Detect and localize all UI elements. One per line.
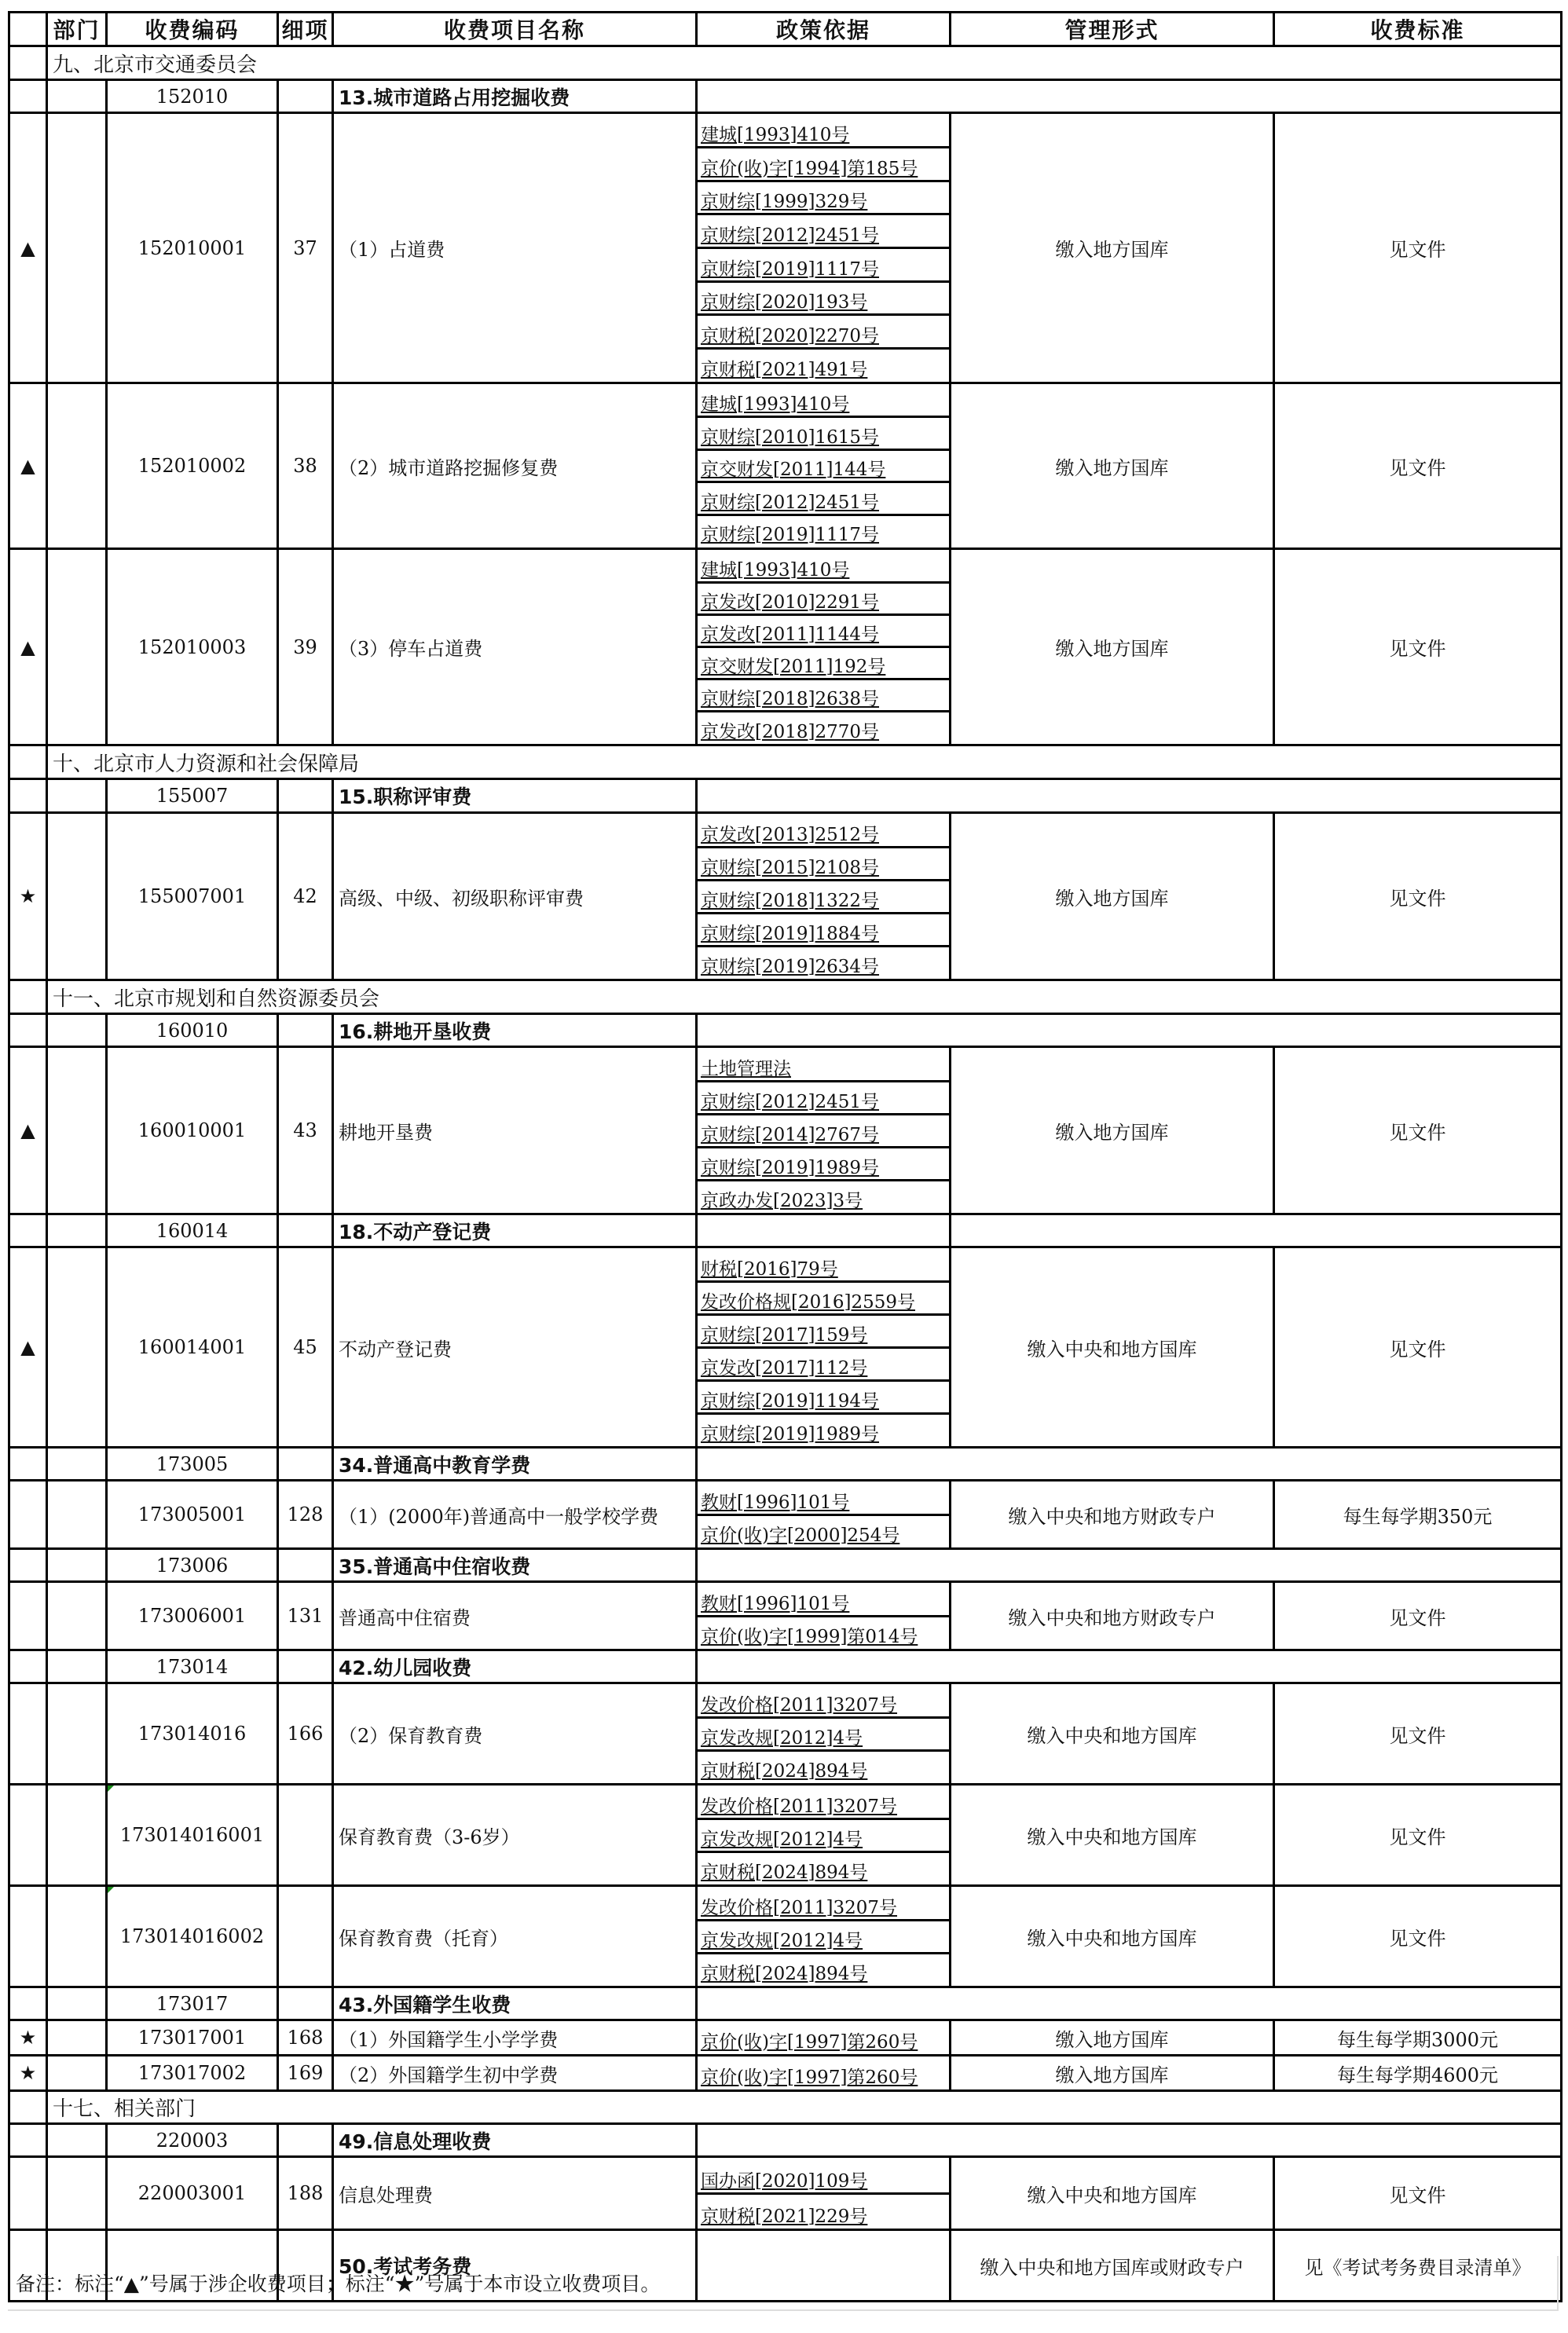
management-form: 缴入中央和地方国库 (951, 1247, 1274, 1448)
fee-name: （2）保育教育费 (333, 1683, 697, 1785)
management-form: 缴入地方国库 (951, 2056, 1274, 2091)
policy-reference: 京财综[2019]1117号 (698, 249, 949, 283)
policy-reference: 京财综[2019]2634号 (698, 947, 949, 978)
department-name: 九、北京市交通委员会 (47, 46, 1562, 80)
policy-reference: 国办函[2020]109号 (698, 2159, 949, 2195)
policy-link[interactable]: 京财综[2019]1117号 (701, 255, 879, 280)
policy-link[interactable]: 国办函[2020]109号 (701, 2166, 867, 2192)
policy-link[interactable]: 京政办发[2023]3号 (701, 1186, 863, 1212)
policy-link[interactable]: 建城[1993]410号 (701, 120, 849, 146)
mark-cell (9, 1014, 47, 1047)
detail-number: 37 (278, 113, 333, 383)
group-filler (697, 80, 1562, 113)
dept-cell (47, 1014, 107, 1047)
fee-item-row: 173014016166（2）保育教育费发改价格[2011]3207号京发改规[… (9, 1683, 1562, 1785)
corner-cell (9, 13, 47, 46)
policy-link[interactable]: 京财税[2021]229号 (701, 2202, 867, 2228)
triangle-mark-icon: ▲ (9, 1047, 47, 1214)
fee-standard: 见文件 (1274, 1785, 1562, 1886)
policy-link[interactable]: 京财综[2017]159号 (701, 1320, 867, 1346)
policy-reference: 财税[2016]79号 (698, 1250, 949, 1283)
policy-link[interactable]: 京财综[2019]2634号 (701, 952, 879, 978)
dept-cell (47, 383, 107, 549)
policy-link[interactable]: 京财综[2014]2767号 (701, 1120, 879, 1146)
dept-cell (47, 1785, 107, 1886)
policy-link[interactable]: 发改价格[2011]3207号 (701, 1893, 897, 1919)
detail-cell (278, 1650, 333, 1683)
policy-reference: 京发改[2011]1144号 (698, 616, 949, 648)
dept-cell (47, 549, 107, 745)
col-header-code: 收费编码 (107, 13, 278, 46)
fee-group-row: 15201013.城市道路占用挖掘收费 (9, 80, 1562, 113)
policy-link[interactable]: 京价(收)字[2000]254号 (701, 1521, 899, 1547)
policy-link[interactable]: 土地管理法 (701, 1054, 791, 1080)
fee-code: 173005001 (107, 1481, 278, 1549)
mark-cell (9, 1650, 47, 1683)
fee-item-row: ▲15201000339（3）停车占道费建城[1993]410号京发改[2010… (9, 549, 1562, 745)
policy-link[interactable]: 京财综[2019]1989号 (701, 1153, 879, 1179)
fee-group-row: 16001418.不动产登记费 (9, 1214, 1562, 1247)
policy-list: 建城[1993]410号京价(收)字[1994]第185号京财综[1999]32… (697, 113, 951, 383)
policy-stack: 发改价格[2011]3207号京发改规[2012]4号京财税[2024]894号 (698, 1888, 949, 1985)
policy-list: 发改价格[2011]3207号京发改规[2012]4号京财税[2024]894号 (697, 1683, 951, 1785)
dept-cell (47, 1247, 107, 1448)
management-form: 缴入地方国库 (951, 113, 1274, 383)
policy-reference: 建城[1993]410号 (698, 551, 949, 584)
dept-cell (47, 1987, 107, 2020)
policy-reference: 京交财发[2011]192号 (698, 648, 949, 680)
policy-reference: 京价(收)字[1994]第185号 (698, 148, 949, 182)
fee-table: 部门 收费编码 细项 收费项目名称 政策依据 管理形式 收费标准 九、北京市交通… (8, 11, 1563, 2302)
mark-cell (9, 1448, 47, 1481)
policy-list: 发改价格[2011]3207号京发改规[2012]4号京财税[2024]894号 (697, 1785, 951, 1886)
policy-link[interactable]: 京发改规[2012]4号 (701, 1825, 863, 1851)
detail-number: 169 (278, 2056, 333, 2091)
mark-cell (9, 1549, 47, 1582)
detail-cell (278, 779, 333, 813)
policy-link[interactable]: 教财[1996]101号 (701, 1488, 849, 1514)
policy-reference: 京财综[2019]1884号 (698, 914, 949, 947)
policy-link[interactable]: 京财综[2019]1117号 (701, 520, 879, 546)
group-name: 42.幼儿园收费 (333, 1650, 697, 1683)
mark-cell (9, 1683, 47, 1785)
fee-name: （2）外国籍学生初中学费 (333, 2056, 697, 2091)
management-form: 缴入地方国库 (951, 813, 1274, 980)
policy-reference: 京发改[2017]112号 (698, 1349, 949, 1382)
policy-link[interactable]: 京财综[2015]2108号 (701, 853, 879, 879)
fee-standard: 见文件 (1274, 813, 1562, 980)
detail-number: 166 (278, 1683, 333, 1785)
mark-cell (9, 1785, 47, 1886)
header-row: 部门 收费编码 细项 收费项目名称 政策依据 管理形式 收费标准 (9, 13, 1562, 46)
policy-reference: 京财税[2021]491号 (698, 350, 949, 381)
detail-number: 38 (278, 383, 333, 549)
policy-reference: 京财综[2020]193号 (698, 283, 949, 317)
policy-stack: 发改价格[2011]3207号京发改规[2012]4号京财税[2024]894号 (698, 1686, 949, 1782)
mark-cell (9, 1214, 47, 1247)
policy-reference: 京价(收)字[2000]254号 (698, 1516, 949, 1547)
star-mark-icon: ★ (9, 2056, 47, 2091)
mark-cell (9, 2124, 47, 2157)
fee-code: 173014016002 (107, 1886, 278, 1987)
management-form: 缴入中央和地方国库 (951, 1886, 1274, 1987)
dept-cell (47, 1481, 107, 1549)
mark-cell (9, 1481, 47, 1549)
policy-link[interactable]: 京财综[2018]2638号 (701, 684, 879, 710)
fee-standard: 见文件 (1274, 1582, 1562, 1650)
mark-cell (9, 80, 47, 113)
policy-link[interactable]: 建城[1993]410号 (701, 390, 849, 416)
policy-link[interactable]: 建城[1993]410号 (701, 555, 849, 581)
management-form: 缴入中央和地方国库 (951, 2157, 1274, 2230)
policy-reference: 京财综[2019]1194号 (698, 1382, 949, 1415)
policy-reference: 京交财发[2011]144号 (698, 451, 949, 484)
dept-cell (47, 813, 107, 980)
col-header-dept: 部门 (47, 13, 107, 46)
fee-code: 173014016 (107, 1683, 278, 1785)
detail-number (278, 1785, 333, 1886)
fee-name: （1）占道费 (333, 113, 697, 383)
management-form: 缴入中央和地方财政专户 (951, 1481, 1274, 1549)
detail-cell (278, 1549, 333, 1582)
policy-stack: 发改价格[2011]3207号京发改规[2012]4号京财税[2024]894号 (698, 1787, 949, 1884)
policy-stack: 建城[1993]410号京发改[2010]2291号京发改[2011]1144号… (698, 551, 949, 743)
policy-reference: 教财[1996]101号 (698, 1584, 949, 1617)
policy-link[interactable]: 财税[2016]79号 (701, 1254, 838, 1280)
triangle-mark-icon: ▲ (9, 549, 47, 745)
mark-cell (9, 745, 47, 779)
group-filler (697, 1549, 1562, 1582)
col-header-detail: 细项 (278, 13, 333, 46)
group-filler (951, 1214, 1562, 1247)
detail-number: 131 (278, 1582, 333, 1650)
mark-cell (9, 46, 47, 80)
policy-link[interactable]: 发改价格[2011]3207号 (701, 1690, 897, 1716)
policy-reference: 京发改规[2012]4号 (698, 1921, 949, 1954)
policy-stack: 教财[1996]101号京价(收)字[1999]第014号 (698, 1584, 949, 1648)
policy-reference: 京财税[2021]229号 (698, 2195, 949, 2228)
group-filler (697, 1448, 1562, 1481)
mark-cell (9, 980, 47, 1014)
fee-group-row: 17301743.外国籍学生收费 (9, 1987, 1562, 2020)
fee-item-row: ★173017001168（1）外国籍学生小学学费京价(收)字[1997]第26… (9, 2020, 1562, 2056)
group-filler (697, 1014, 1562, 1047)
policy-reference: 发改价格[2011]3207号 (698, 1787, 949, 1820)
group-filler (697, 1987, 1562, 2020)
policy-list: 京发改[2013]2512号京财综[2015]2108号京财综[2018]132… (697, 813, 951, 980)
policy-reference: 京财综[2019]1989号 (698, 1415, 949, 1445)
group-filler (697, 779, 1562, 813)
policy-link[interactable]: 京发改[2013]2512号 (701, 820, 879, 846)
group-code: 173014 (107, 1650, 278, 1683)
policy-link[interactable]: 京财综[2012]2451号 (701, 1087, 879, 1113)
fee-item-row: 173006001131普通高中住宿费教财[1996]101号京价(收)字[19… (9, 1582, 1562, 1650)
policy-link[interactable]: 京发改规[2012]4号 (701, 1926, 863, 1952)
dept-cell (47, 1549, 107, 1582)
policy-reference: 京财综[2012]2451号 (698, 483, 949, 516)
fee-group-row: 17300635.普通高中住宿收费 (9, 1549, 1562, 1582)
policy-list: 京价(收)字[1997]第260号 (697, 2020, 951, 2056)
dept-cell (47, 1683, 107, 1785)
mark-cell (9, 1987, 47, 2020)
fee-name: 普通高中住宿费 (333, 1582, 697, 1650)
policy-link[interactable]: 京财综[2012]2451号 (701, 221, 879, 247)
policy-stack: 建城[1993]410号京价(收)字[1994]第185号京财综[1999]32… (698, 115, 949, 381)
fee-name: （3）停车占道费 (333, 549, 697, 745)
col-header-standard: 收费标准 (1274, 13, 1562, 46)
group-name: 15.职称评审费 (333, 779, 697, 813)
mark-cell (9, 779, 47, 813)
policy-reference: 教财[1996]101号 (698, 1483, 949, 1516)
mark-cell (9, 1582, 47, 1650)
group-code: 173006 (107, 1549, 278, 1582)
department-name: 十七、相关部门 (47, 2091, 1562, 2124)
policy-reference: 京财综[2019]1117号 (698, 516, 949, 547)
policy-link[interactable]: 教财[1996]101号 (701, 1589, 849, 1615)
policy-link[interactable]: 京财综[2010]1615号 (701, 423, 879, 449)
fee-item-row: 220003001188信息处理费国办函[2020]109号京财税[2021]2… (9, 2157, 1562, 2230)
dept-cell (47, 113, 107, 383)
group-name: 35.普通高中住宿收费 (333, 1549, 697, 1582)
policy-list: 教财[1996]101号京价(收)字[1999]第014号 (697, 1582, 951, 1650)
policy-link[interactable]: 京财税[2024]894号 (701, 1959, 867, 1985)
department-row: 九、北京市交通委员会 (9, 46, 1562, 80)
detail-number: 39 (278, 549, 333, 745)
policy-reference: 京财综[2012]2451号 (698, 215, 949, 249)
dept-cell (47, 1214, 107, 1247)
policy-reference: 京财综[2014]2767号 (698, 1115, 949, 1148)
policy-reference: 京财综[1999]329号 (698, 182, 949, 216)
dept-cell (47, 2020, 107, 2056)
policy-stack: 国办函[2020]109号京财税[2021]229号 (698, 2159, 949, 2228)
policy-list: 京价(收)字[1997]第260号 (697, 2056, 951, 2091)
group-name: 34.普通高中教育学费 (333, 1448, 697, 1481)
department-row: 十一、北京市规划和自然资源委员会 (9, 980, 1562, 1014)
fee-standard: 见文件 (1274, 1886, 1562, 1987)
fee-code: 173014016001 (107, 1785, 278, 1886)
triangle-mark-icon: ▲ (9, 1247, 47, 1448)
policy-reference: 京发改[2018]2770号 (698, 712, 949, 742)
policy-reference: 京价(收)字[1999]第014号 (698, 1617, 949, 1648)
mark-cell (9, 2091, 47, 2124)
policy-reference: 京发改规[2012]4号 (698, 1719, 949, 1752)
policy-link[interactable]: 京发改规[2012]4号 (701, 1723, 863, 1749)
policy-stack: 京价(收)字[1997]第260号 (698, 2023, 949, 2053)
fee-item-row: ▲15201000238（2）城市道路挖掘修复费建城[1993]410号京财综[… (9, 383, 1562, 549)
triangle-mark-icon: ▲ (9, 113, 47, 383)
policy-reference: 发改价格[2011]3207号 (698, 1888, 949, 1921)
detail-number (278, 1886, 333, 1987)
policy-list: 国办函[2020]109号京财税[2021]229号 (697, 2157, 951, 2230)
fee-standard: 见文件 (1274, 113, 1562, 383)
policy-reference: 京财综[2018]2638号 (698, 680, 949, 712)
dept-cell (47, 1047, 107, 1214)
department-row: 十七、相关部门 (9, 2091, 1562, 2124)
department-name: 十、北京市人力资源和社会保障局 (47, 745, 1562, 779)
fee-standard: 每生每学期3000元 (1274, 2020, 1562, 2056)
policy-link[interactable]: 京财税[2021]491号 (701, 355, 867, 381)
policy-link[interactable]: 京财综[2019]1194号 (701, 1386, 879, 1412)
fee-group-row: 22000349.信息处理收费 (9, 2124, 1562, 2157)
detail-cell (278, 1214, 333, 1247)
group-filler (697, 1650, 1562, 1683)
group-code: 160010 (107, 1014, 278, 1047)
policy-reference: 发改价格[2011]3207号 (698, 1686, 949, 1719)
fee-code: 173017002 (107, 2056, 278, 2091)
policy-link[interactable]: 发改价格[2011]3207号 (701, 1792, 897, 1818)
detail-number: 128 (278, 1481, 333, 1549)
policy-link[interactable]: 京价(收)字[1994]第185号 (701, 154, 918, 180)
fee-catalog-sheet: 部门 收费编码 细项 收费项目名称 政策依据 管理形式 收费标准 九、北京市交通… (8, 11, 1560, 2302)
col-header-management: 管理形式 (951, 13, 1274, 46)
fee-standard: 见文件 (1274, 2157, 1562, 2230)
policy-link[interactable]: 京发改[2017]112号 (701, 1353, 867, 1379)
fee-name: （1）外国籍学生小学学费 (333, 2020, 697, 2056)
group-code: 173017 (107, 1987, 278, 2020)
management-form: 缴入地方国库 (951, 1047, 1274, 1214)
dept-cell (47, 2157, 107, 2230)
footnote: 备注：标注“▲”号属于涉企收费项目；标注“★”号属于本市设立收费项目。 (8, 2256, 1559, 2311)
management-form: 缴入地方国库 (951, 2020, 1274, 2056)
policy-link[interactable]: 京财税[2024]894号 (701, 1756, 867, 1782)
management-form: 缴入地方国库 (951, 549, 1274, 745)
policy-link[interactable]: 京价(收)字[1997]第260号 (701, 2063, 918, 2089)
fee-standard: 见文件 (1274, 549, 1562, 745)
dept-cell (47, 1582, 107, 1650)
policy-reference: 京发改[2010]2291号 (698, 584, 949, 616)
department-row: 十、北京市人力资源和社会保障局 (9, 745, 1562, 779)
management-form: 缴入中央和地方国库 (951, 1683, 1274, 1785)
policy-reference: 京政办发[2023]3号 (698, 1181, 949, 1212)
policy-reference: 京价(收)字[1997]第260号 (698, 2023, 949, 2053)
fee-item-row: 173005001128（1）(2000年)普通高中一般学校学费教财[1996]… (9, 1481, 1562, 1549)
detail-cell (278, 1014, 333, 1047)
policy-reference: 建城[1993]410号 (698, 115, 949, 149)
policy-link[interactable]: 京财综[2019]1884号 (701, 919, 879, 945)
group-code: 155007 (107, 779, 278, 813)
fee-standard: 每生每学期350元 (1274, 1481, 1562, 1549)
policy-link[interactable]: 发改价格规[2016]2559号 (701, 1287, 915, 1313)
fee-standard: 见文件 (1274, 1047, 1562, 1214)
policy-stack: 财税[2016]79号发改价格规[2016]2559号京财综[2017]159号… (698, 1250, 949, 1445)
fee-item-row: ★15500700142高级、中级、初级职称评审费京发改[2013]2512号京… (9, 813, 1562, 980)
fee-name: （1）(2000年)普通高中一般学校学费 (333, 1481, 697, 1549)
policy-link[interactable]: 京交财发[2011]192号 (701, 652, 885, 678)
policy-reference: 京财综[2018]1322号 (698, 881, 949, 914)
department-name: 十一、北京市规划和自然资源委员会 (47, 980, 1562, 1014)
policy-link[interactable]: 京发改[2011]1144号 (701, 620, 879, 646)
fee-code: 152010003 (107, 549, 278, 745)
management-form: 缴入中央和地方国库 (951, 1785, 1274, 1886)
policy-reference: 京财综[2019]1989号 (698, 1148, 949, 1181)
detail-number: 43 (278, 1047, 333, 1214)
fee-name: 高级、中级、初级职称评审费 (333, 813, 697, 980)
fee-item-row: ▲15201000137（1）占道费建城[1993]410号京价(收)字[199… (9, 113, 1562, 383)
policy-reference: 京财综[2012]2451号 (698, 1082, 949, 1115)
policy-reference: 发改价格规[2016]2559号 (698, 1283, 949, 1316)
group-code: 173005 (107, 1448, 278, 1481)
policy-list: 建城[1993]410号京财综[2010]1615号京交财发[2011]144号… (697, 383, 951, 549)
dept-cell (47, 2056, 107, 2091)
policy-link[interactable]: 京财税[2024]894号 (701, 1858, 867, 1884)
policy-stack: 京价(收)字[1997]第260号 (698, 2058, 949, 2089)
fee-name: 信息处理费 (333, 2157, 697, 2230)
policy-link[interactable]: 京价(收)字[1997]第260号 (701, 2027, 918, 2053)
fee-item-row: 173014016001保育教育费（3-6岁）发改价格[2011]3207号京发… (9, 1785, 1562, 1886)
detail-cell (278, 1987, 333, 2020)
fee-name: （2）城市道路挖掘修复费 (333, 383, 697, 549)
policy-list: 土地管理法京财综[2012]2451号京财综[2014]2767号京财综[201… (697, 1047, 951, 1214)
management-form: 缴入地方国库 (951, 383, 1274, 549)
policy-reference: 京发改规[2012]4号 (698, 1820, 949, 1853)
policy-link[interactable]: 京发改[2010]2291号 (701, 588, 879, 613)
fee-standard: 见文件 (1274, 383, 1562, 549)
policy-reference: 京发改[2013]2512号 (698, 815, 949, 848)
group-name: 49.信息处理收费 (333, 2124, 697, 2157)
policy-link[interactable]: 京财税[2020]2270号 (701, 321, 879, 347)
policy-link[interactable]: 京交财发[2011]144号 (701, 455, 885, 481)
dept-cell (47, 2124, 107, 2157)
fee-code: 152010002 (107, 383, 278, 549)
mark-cell (9, 1886, 47, 1987)
group-name: 13.城市道路占用挖掘收费 (333, 80, 697, 113)
fee-item-row: ▲16001400145不动产登记费财税[2016]79号发改价格规[2016]… (9, 1247, 1562, 1448)
fee-code: 173006001 (107, 1582, 278, 1650)
fee-group-row: 17300534.普通高中教育学费 (9, 1448, 1562, 1481)
fee-item-row: ▲16001000143耕地开垦费土地管理法京财综[2012]2451号京财综[… (9, 1047, 1562, 1214)
policy-list: 发改价格[2011]3207号京发改规[2012]4号京财税[2024]894号 (697, 1886, 951, 1987)
group-name: 16.耕地开垦收费 (333, 1014, 697, 1047)
policy-list: 财税[2016]79号发改价格规[2016]2559号京财综[2017]159号… (697, 1247, 951, 1448)
policy-stack: 教财[1996]101号京价(收)字[2000]254号 (698, 1483, 949, 1547)
detail-cell (278, 2124, 333, 2157)
fee-item-row: ★173017002169（2）外国籍学生初中学费京价(收)字[1997]第26… (9, 2056, 1562, 2091)
detail-number: 188 (278, 2157, 333, 2230)
policy-link[interactable]: 京发改[2018]2770号 (701, 717, 879, 743)
policy-link[interactable]: 京财综[2019]1989号 (701, 1419, 879, 1445)
policy-link[interactable]: 京财综[2020]193号 (701, 288, 867, 313)
star-mark-icon: ★ (9, 813, 47, 980)
policy-link[interactable]: 京价(收)字[1999]第014号 (701, 1622, 918, 1648)
policy-cell (697, 1214, 951, 1247)
col-header-name: 收费项目名称 (333, 13, 697, 46)
fee-code: 220003001 (107, 2157, 278, 2230)
fee-name: 耕地开垦费 (333, 1047, 697, 1214)
policy-link[interactable]: 京财综[1999]329号 (701, 187, 867, 213)
policy-link[interactable]: 京财综[2018]1322号 (701, 886, 879, 912)
fee-standard: 见文件 (1274, 1683, 1562, 1785)
group-code: 160014 (107, 1214, 278, 1247)
group-name: 18.不动产登记费 (333, 1214, 697, 1247)
policy-reference: 京财税[2024]894号 (698, 1954, 949, 1985)
policy-reference: 京财税[2024]894号 (698, 1853, 949, 1884)
fee-code: 155007001 (107, 813, 278, 980)
detail-number: 45 (278, 1247, 333, 1448)
policy-reference: 京财综[2015]2108号 (698, 848, 949, 881)
policy-reference: 京财综[2017]159号 (698, 1316, 949, 1349)
detail-number: 168 (278, 2020, 333, 2056)
group-code: 152010 (107, 80, 278, 113)
fee-standard: 见文件 (1274, 1247, 1562, 1448)
fee-group-row: 17301442.幼儿园收费 (9, 1650, 1562, 1683)
dept-cell (47, 80, 107, 113)
group-code: 220003 (107, 2124, 278, 2157)
group-name: 43.外国籍学生收费 (333, 1987, 697, 2020)
fee-item-row: 173014016002保育教育费（托育）发改价格[2011]3207号京发改规… (9, 1886, 1562, 1987)
policy-stack: 土地管理法京财综[2012]2451号京财综[2014]2767号京财综[201… (698, 1049, 949, 1212)
policy-link[interactable]: 京财综[2012]2451号 (701, 488, 879, 514)
detail-number: 42 (278, 813, 333, 980)
